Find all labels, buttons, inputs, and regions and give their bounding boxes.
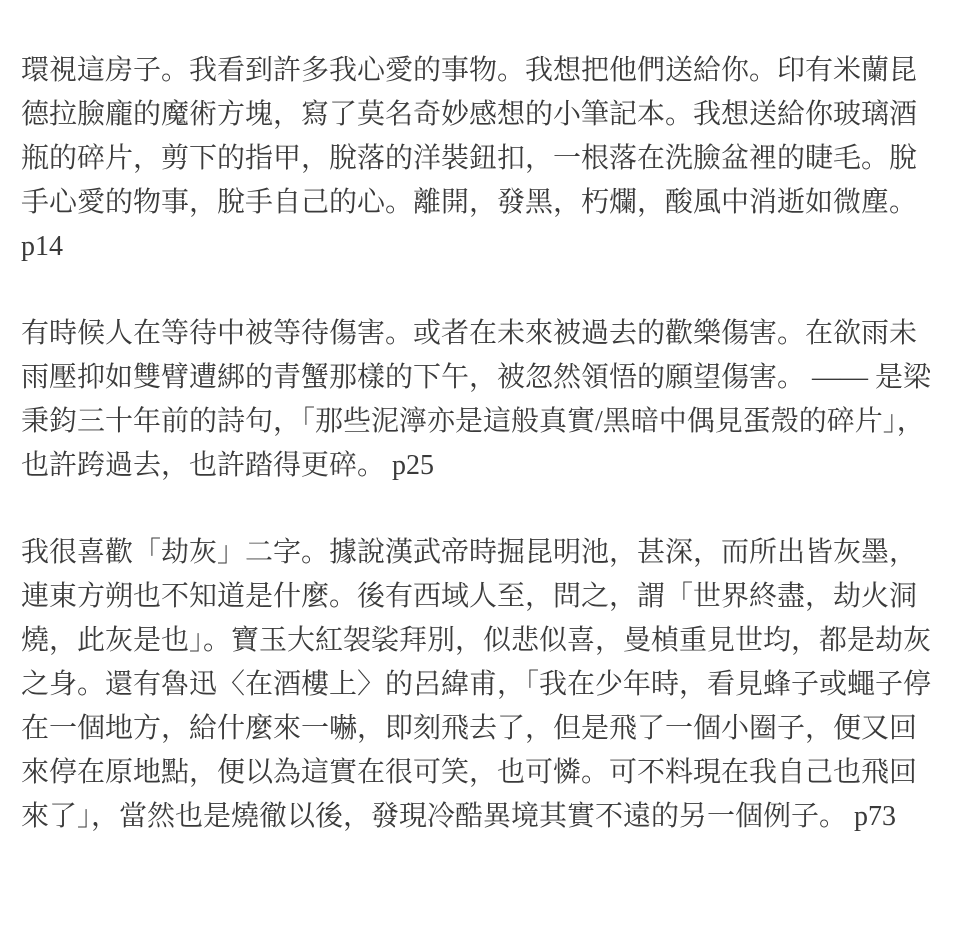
paragraph: 環視這房子。我看到許多我心愛的事物。我想把他們送給你。印有米蘭昆德拉臉龐的魔術方… — [21, 49, 935, 269]
paragraph: 有時候人在等待中被等待傷害。或者在未來被過去的歡樂傷害。在欲雨未雨壓抑如雙臂遭綁… — [21, 312, 935, 488]
page-reference: p73 — [854, 801, 896, 832]
paragraph: 我很喜歡「劫灰」二字。據說漢武帝時掘昆明池，甚深，而所出皆灰墨，連東方朔也不知道… — [21, 531, 935, 839]
paragraph-text: 我很喜歡「劫灰」二字。據說漢武帝時掘昆明池，甚深，而所出皆灰墨，連東方朔也不知道… — [21, 537, 931, 832]
page-reference: p25 — [392, 450, 434, 481]
document-page: 環視這房子。我看到許多我心愛的事物。我想把他們送給你。印有米蘭昆德拉臉龐的魔術方… — [0, 0, 955, 927]
paragraph-text: 環視這房子。我看到許多我心愛的事物。我想把他們送給你。印有米蘭昆德拉臉龐的魔術方… — [21, 55, 917, 218]
page-reference: p14 — [21, 231, 63, 262]
paragraph-text: 有時候人在等待中被等待傷害。或者在未來被過去的歡樂傷害。在欲雨未雨壓抑如雙臂遭綁… — [21, 318, 931, 481]
